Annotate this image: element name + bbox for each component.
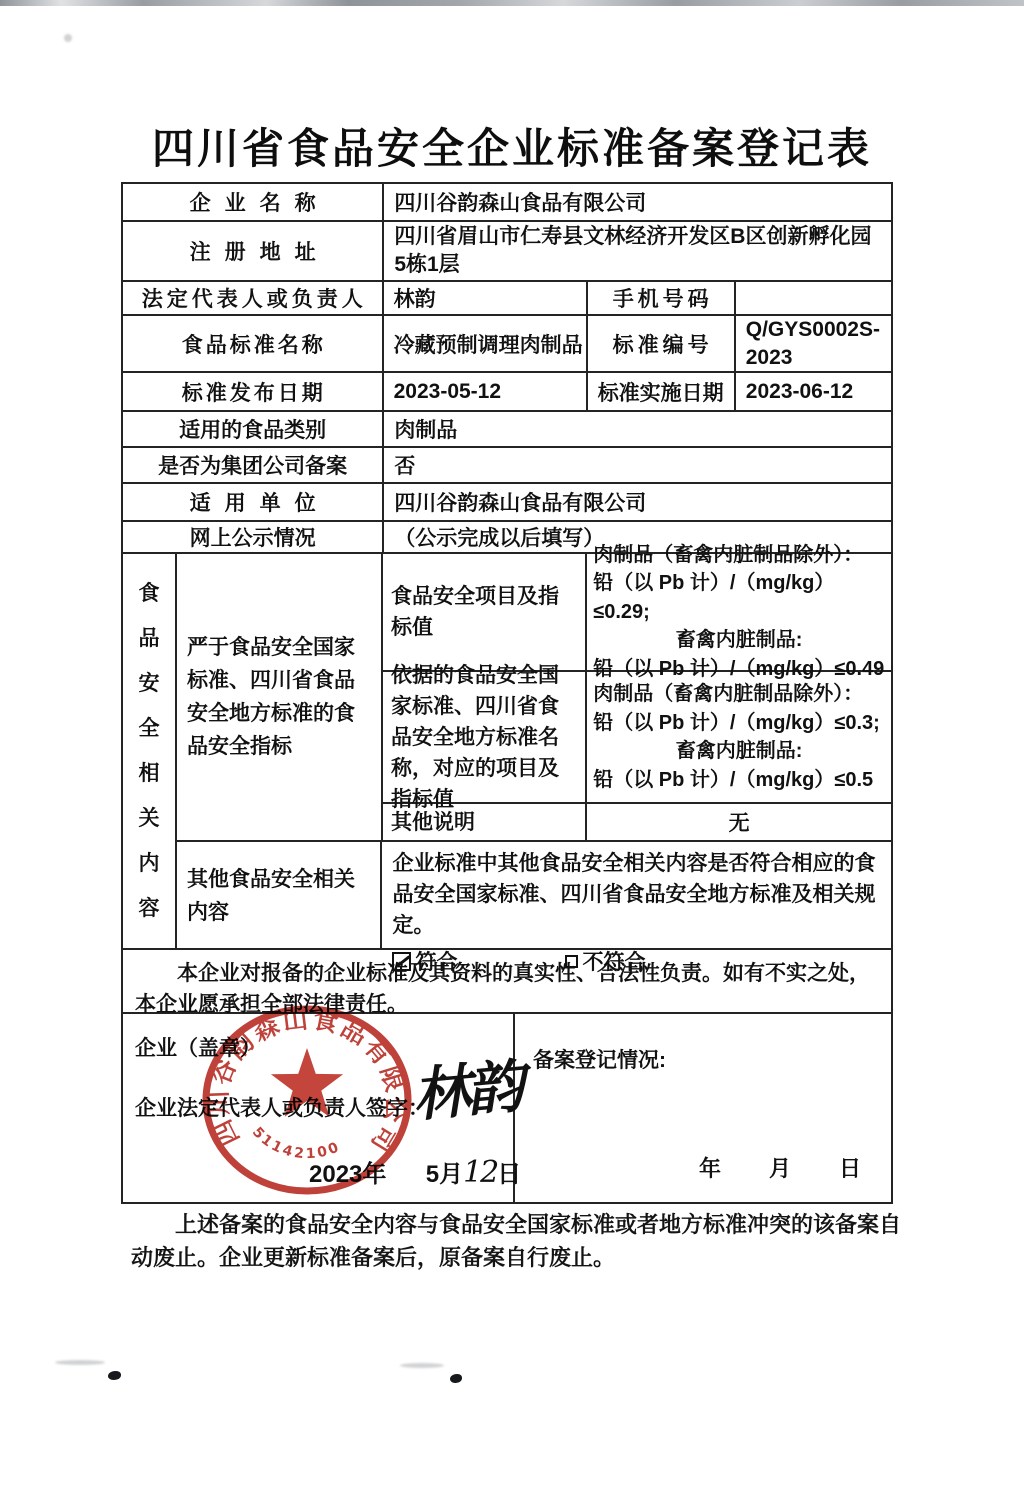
other-safety-text: 企业标准中其他食品安全相关内容是否符合相应的食品安全国家标准、四川省食品安全地方…: [392, 852, 875, 937]
other-safety-label: 其他食品安全相关内容: [177, 842, 382, 950]
sign-month-unit: 月: [439, 1161, 463, 1188]
standard-name-value: 冷藏预制调理肉制品: [384, 316, 588, 371]
registration-status-label: 备案登记情况:: [533, 1044, 666, 1074]
sign-year: 2023: [309, 1161, 362, 1188]
table-row: 法定代表人或负责人 林韵 手机号码: [123, 282, 891, 316]
table-row: 适用单位 四川谷韵森山食品有限公司: [123, 484, 891, 522]
food-category-value: 肉制品: [384, 412, 891, 446]
scan-edge-artifact: [0, 0, 1024, 6]
other-note-label: 其他说明: [383, 804, 587, 840]
safety-side-label-cell: 食品安全相关内容: [123, 554, 177, 948]
table-row: 是否为集团公司备案 否: [123, 448, 891, 484]
scan-mark: [108, 1371, 121, 1380]
implement-date-label: 标准实施日期: [588, 373, 736, 410]
company-name-value: 四川谷韵森山食品有限公司: [384, 184, 891, 220]
declaration-text: 本企业对报备的企业标准及其资料的真实性、合法性负责。如有不实之处，本企业愿承担全…: [123, 950, 891, 1012]
scan-mark: [450, 1374, 462, 1383]
registration-status-cell: 备案登记情况: 年 月 日: [515, 1014, 891, 1202]
sign-day-handwritten: 12: [463, 1155, 497, 1190]
scan-smudge: [400, 1363, 444, 1368]
safety-item-line: 铅（以 Pb 计）/（mg/kg）≤0.29;: [593, 569, 885, 626]
safety-section: 食品安全相关内容 严于食品安全国家标准、四川省食品安全地方标准的食品安全指标 食…: [123, 554, 891, 950]
other-safety-content: 企业标准中其他食品安全相关内容是否符合相应的食品安全国家标准、四川省食品安全地方…: [382, 842, 891, 950]
registered-address-value: 四川省眉山市仁寿县文林经济开发区B区创新孵化园5栋1层: [384, 222, 891, 280]
checked-checkbox-icon[interactable]: [392, 952, 411, 971]
sign-date: 2023年 5月12日: [309, 1154, 521, 1190]
blank-day-unit: 日: [839, 1152, 861, 1183]
registration-date-blanks: 年 月 日: [699, 1152, 861, 1183]
standard-no-label: 标准编号: [588, 316, 736, 371]
stricter-indicator-label: 严于食品安全国家标准、四川省食品安全地方标准的食品安全指标: [177, 554, 383, 840]
legal-rep-label: 法定代表人或负责人: [123, 282, 384, 314]
applicable-unit-label: 适用单位: [123, 484, 384, 520]
sign-month: 5: [426, 1161, 439, 1188]
blank-year-unit: 年: [699, 1152, 721, 1183]
legal-rep-value: 林韵: [384, 282, 588, 314]
table-row: 适用的食品类别 肉制品: [123, 412, 891, 448]
table-row: 企业名称 四川谷韵森山食品有限公司: [123, 184, 891, 222]
safety-side-label: 食品安全相关内容: [137, 571, 161, 931]
safety-item-line: 畜禽内脏制品:: [593, 626, 885, 655]
company-name-label: 企业名称: [123, 184, 384, 220]
table-row: 食品标准名称 冷藏预制调理肉制品 标准编号 Q/GYS0002S-2023: [123, 316, 891, 373]
handwritten-signature: 林韵: [409, 1039, 524, 1132]
footer-note: 上述备案的食品安全内容与食品安全国家标准或者地方标准冲突的该备案自动废止。企业更…: [131, 1208, 911, 1274]
applicable-unit-value: 四川谷韵森山食品有限公司: [384, 484, 891, 520]
page-title: 四川省食品安全企业标准备案登记表: [0, 116, 1024, 176]
unchecked-checkbox-icon[interactable]: [565, 955, 578, 968]
publish-date-label: 标准发布日期: [123, 373, 384, 410]
scan-smudge: [64, 34, 72, 42]
basis-standard-label: 依据的食品安全国家标准、四川省食品安全地方标准名称，对应的项目及指标值: [383, 672, 587, 802]
food-category-label: 适用的食品类别: [123, 412, 384, 446]
publish-date-value: 2023-05-12: [384, 373, 588, 410]
standard-name-label: 食品标准名称: [123, 316, 384, 371]
basis-standard-line: 畜禽内脏制品:: [593, 737, 885, 766]
table-row: 注册地址 四川省眉山市仁寿县文林经济开发区B区创新孵化园5栋1层: [123, 222, 891, 282]
public-notice-label: 网上公示情况: [123, 522, 384, 552]
group-filing-label: 是否为集团公司备案: [123, 448, 384, 482]
basis-standard-value: 肉制品（畜禽内脏制品除外）： 铅（以 Pb 计）/（mg/kg）≤0.3; 畜禽…: [587, 672, 891, 802]
group-filing-value: 否: [384, 448, 891, 482]
safety-item-label: 食品安全项目及指标值: [383, 554, 587, 670]
basis-standard-line: 铅（以 Pb 计）/（mg/kg）≤0.5: [593, 766, 885, 795]
sign-year-unit: 年: [362, 1161, 386, 1188]
table-row: 标准发布日期 2023-05-12 标准实施日期 2023-06-12: [123, 373, 891, 412]
basis-standard-line: 肉制品（畜禽内脏制品除外）：: [593, 680, 885, 709]
scan-smudge: [55, 1360, 105, 1365]
blank-month-unit: 月: [769, 1152, 791, 1183]
scanned-registration-form: 四川省食品安全企业标准备案登记表 企业名称 四川谷韵森山食品有限公司 注册地址 …: [0, 0, 1024, 1488]
implement-date-value: 2023-06-12: [736, 373, 891, 410]
other-note-value: 无: [587, 804, 891, 840]
registered-address-label: 注册地址: [123, 222, 384, 280]
basis-standard-line: 铅（以 Pb 计）/（mg/kg）≤0.3;: [593, 709, 885, 738]
mobile-label: 手机号码: [588, 282, 736, 314]
declaration-row: 本企业对报备的企业标准及其资料的真实性、合法性负责。如有不实之处，本企业愿承担全…: [123, 950, 891, 1014]
sign-label: 企业法定代表人或负责人签字：: [135, 1092, 429, 1122]
mobile-value: [736, 282, 891, 314]
seal-label: 企业（盖章）: [135, 1032, 261, 1062]
safety-item-line: 肉制品（畜禽内脏制品除外）：: [593, 541, 885, 570]
standard-no-value: Q/GYS0002S-2023: [736, 316, 891, 371]
safety-item-value: 肉制品（畜禽内脏制品除外）： 铅（以 Pb 计）/（mg/kg）≤0.29; 畜…: [587, 554, 891, 670]
